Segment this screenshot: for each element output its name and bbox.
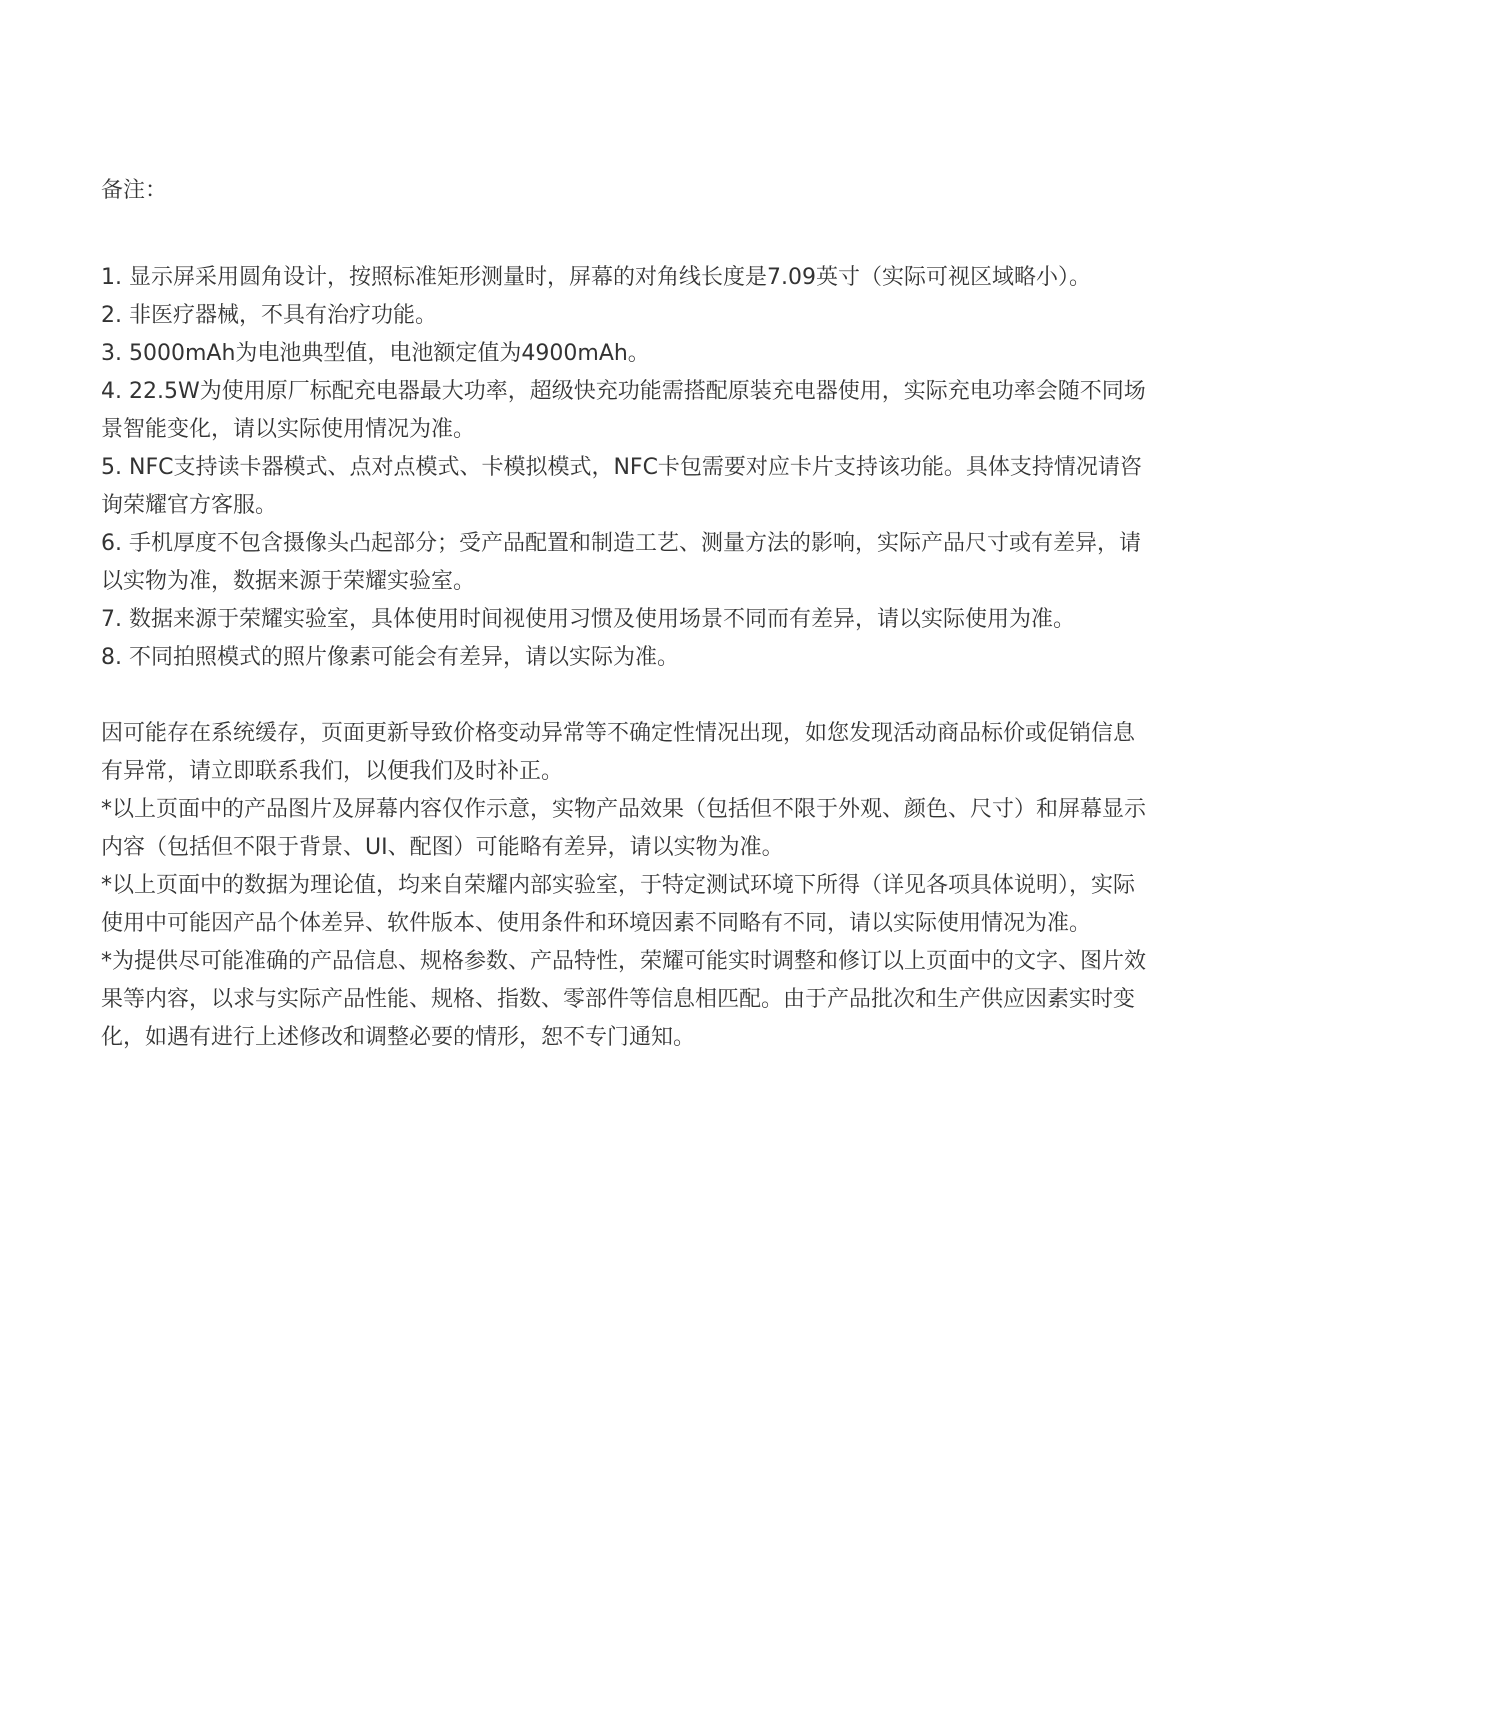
disclaimer-content-revision: *为提供尽可能准确的产品信息、规格参数、产品特性，荣耀可能实时调整和修订以上页面…	[101, 943, 1381, 1057]
disclaimer-product-images: *以上页面中的产品图片及屏幕内容仅作示意，实物产品效果（包括但不限于外观、颜色、…	[101, 791, 1381, 867]
note-line: 4. 22.5W为使用原厂标配充电器最大功率，超级快充功能需搭配原装充电器使用，…	[101, 373, 1381, 411]
note-line: 5. NFC支持读卡器模式、点对点模式、卡模拟模式，NFC卡包需要对应卡片支持该…	[101, 449, 1381, 487]
note-item-8: 8. 不同拍照模式的照片像素可能会有差异，请以实际为准。	[101, 639, 1381, 677]
disclaimer-line: 使用中可能因产品个体差异、软件版本、使用条件和环境因素不同略有不同，请以实际使用…	[101, 905, 1381, 943]
note-item-4: 4. 22.5W为使用原厂标配充电器最大功率，超级快充功能需搭配原装充电器使用，…	[101, 373, 1381, 449]
note-line: 3. 5000mAh为电池典型值，电池额定值为4900mAh。	[101, 335, 1381, 373]
note-line: 7. 数据来源于荣耀实验室，具体使用时间视使用习惯及使用场景不同而有差异，请以实…	[101, 601, 1381, 639]
disclaimer-line: 因可能存在系统缓存，页面更新导致价格变动异常等不确定性情况出现，如您发现活动商品…	[101, 715, 1381, 753]
disclaimers-section: 因可能存在系统缓存，页面更新导致价格变动异常等不确定性情况出现，如您发现活动商品…	[101, 715, 1381, 1057]
note-item-5: 5. NFC支持读卡器模式、点对点模式、卡模拟模式，NFC卡包需要对应卡片支持该…	[101, 449, 1381, 525]
note-line: 询荣耀官方客服。	[101, 487, 1381, 525]
notes-document: 备注： 1. 显示屏采用圆角设计，按照标准矩形测量时，屏幕的对角线长度是7.09…	[101, 176, 1381, 1057]
disclaimer-line: 化，如遇有进行上述修改和调整必要的情形，恕不专门通知。	[101, 1019, 1381, 1057]
disclaimer-line: *为提供尽可能准确的产品信息、规格参数、产品特性，荣耀可能实时调整和修订以上页面…	[101, 943, 1381, 981]
disclaimer-line: *以上页面中的产品图片及屏幕内容仅作示意，实物产品效果（包括但不限于外观、颜色、…	[101, 791, 1381, 829]
numbered-notes-list: 1. 显示屏采用圆角设计，按照标准矩形测量时，屏幕的对角线长度是7.09英寸（实…	[101, 259, 1381, 677]
note-line: 以实物为准，数据来源于荣耀实验室。	[101, 563, 1381, 601]
disclaimer-line: 有异常，请立即联系我们，以便我们及时补正。	[101, 753, 1381, 791]
note-item-1: 1. 显示屏采用圆角设计，按照标准矩形测量时，屏幕的对角线长度是7.09英寸（实…	[101, 259, 1381, 297]
section-spacer	[101, 677, 1381, 715]
disclaimer-theoretical-data: *以上页面中的数据为理论值，均来自荣耀内部实验室，于特定测试环境下所得（详见各项…	[101, 867, 1381, 943]
note-line: 6. 手机厚度不包含摄像头凸起部分；受产品配置和制造工艺、测量方法的影响，实际产…	[101, 525, 1381, 563]
note-line: 8. 不同拍照模式的照片像素可能会有差异，请以实际为准。	[101, 639, 1381, 677]
disclaimer-price-cache: 因可能存在系统缓存，页面更新导致价格变动异常等不确定性情况出现，如您发现活动商品…	[101, 715, 1381, 791]
disclaimer-line: 果等内容，以求与实际产品性能、规格、指数、零部件等信息相匹配。由于产品批次和生产…	[101, 981, 1381, 1019]
note-line: 2. 非医疗器械，不具有治疗功能。	[101, 297, 1381, 335]
notes-heading: 备注：	[101, 176, 1381, 206]
note-item-6: 6. 手机厚度不包含摄像头凸起部分；受产品配置和制造工艺、测量方法的影响，实际产…	[101, 525, 1381, 601]
note-item-3: 3. 5000mAh为电池典型值，电池额定值为4900mAh。	[101, 335, 1381, 373]
disclaimer-line: 内容（包括但不限于背景、UI、配图）可能略有差异，请以实物为准。	[101, 829, 1381, 867]
note-line: 景智能变化，请以实际使用情况为准。	[101, 411, 1381, 449]
disclaimer-line: *以上页面中的数据为理论值，均来自荣耀内部实验室，于特定测试环境下所得（详见各项…	[101, 867, 1381, 905]
note-line: 1. 显示屏采用圆角设计，按照标准矩形测量时，屏幕的对角线长度是7.09英寸（实…	[101, 259, 1381, 297]
note-item-2: 2. 非医疗器械，不具有治疗功能。	[101, 297, 1381, 335]
note-item-7: 7. 数据来源于荣耀实验室，具体使用时间视使用习惯及使用场景不同而有差异，请以实…	[101, 601, 1381, 639]
